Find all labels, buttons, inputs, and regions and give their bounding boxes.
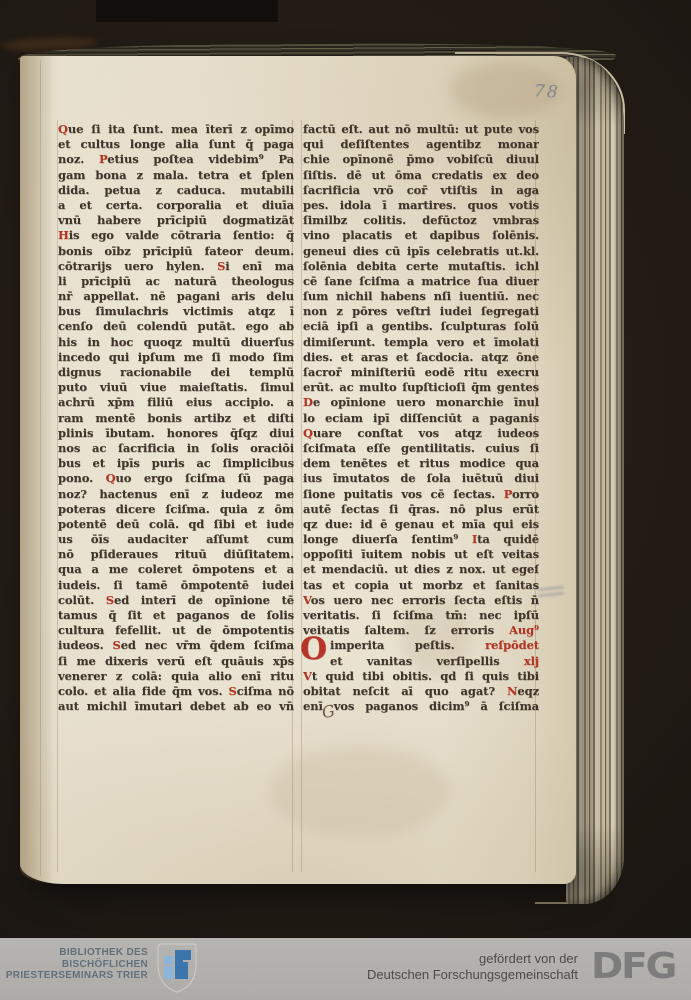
manuscript-line: chie opīnonē p̄mo vobiſcū diuul — [303, 152, 539, 167]
manuscript-line: colo. et alia fide q̄m vos. Sciſma nō — [58, 684, 294, 699]
ink-text: dimiſerunt. templa vero et īmolati — [303, 335, 539, 349]
manuscript-line: venerer z colā: quia alio enī ritu — [58, 669, 294, 684]
ink-text: eciā ipſi a gentibs. ſculpturas ſolū — [303, 319, 539, 333]
manuscript-line: nō pſideraues rituū diūſitatem. — [58, 547, 294, 562]
rubric-text: Q — [58, 122, 68, 136]
rubric-text: Q — [303, 426, 313, 440]
manuscript-line: et vanitas verſipellis xlj — [303, 654, 539, 669]
ink-text: achrū xp̄m filiū eius accipio. a — [58, 395, 294, 409]
ink-text: ram mentē bonis artibz et diſti — [58, 411, 294, 425]
ink-text: puto viuū viue maieſtatis. ſimul — [58, 380, 294, 394]
ink-text: plinis ībutam. honores q̄ſqz diui — [58, 426, 294, 440]
ink-text: vino placatis et dapibus ſolēnis. — [303, 228, 539, 242]
ink-text: ſacrificia vrō cor̄ vtiſtis in aga — [303, 183, 539, 197]
ink-text: bus ſimulachris victimis atqz ī — [58, 304, 294, 318]
ink-text: gam bona z mala. tetra et ſplen — [58, 168, 294, 182]
manuscript-line: achrū xp̄m filiū eius accipio. a — [58, 395, 294, 410]
marginal-note-smudge — [538, 584, 564, 606]
manuscript-line: obitat neſcit aī quo agat? Neqz — [303, 684, 539, 699]
rubric-text: reſpōdet — [485, 638, 539, 652]
ink-text: t quid tibi obitis. qd ſi quis tibi — [312, 669, 539, 683]
manuscript-line: ius īmutatos de ſola iuētuū diui — [303, 471, 539, 486]
manuscript-line: gam bona z mala. tetra et ſplen — [58, 168, 294, 183]
ink-text: ſolēnia debita certe mutaſtis. ichl — [303, 259, 539, 273]
rubric-text: N — [507, 684, 517, 698]
manuscript-line: plinis ībutam. honores q̄ſqz diui — [58, 426, 294, 441]
manuscript-line: erūt. ac multo ſupſticioſi q̄m gentes — [303, 380, 539, 395]
ink-text: chie opīnonē p̄mo vobiſcū diuul — [303, 152, 539, 166]
ink-text: vnū habere prīcipiū dogmatizāt — [58, 213, 294, 227]
ink-text: is ego valde cōtraria ſentio: q̄ — [69, 228, 294, 242]
ink-text: ſciſmata eſſe gentilitatis. cuius ſi — [303, 441, 539, 455]
ink-text: obitat neſcit aī quo agat? — [303, 684, 507, 698]
ink-text: qua a me coleret ōmpotens et a — [58, 562, 294, 576]
manuscript-line: tas et copia ut morbz et ſanitas — [303, 578, 539, 593]
ink-text: venerer z colā: quia alio enī ritu — [58, 669, 294, 683]
manuscript-line: us ōīs audaciter aſſumt cum — [58, 532, 294, 547]
manuscript-line: dimiſerunt. templa vero et īmolati — [303, 335, 539, 350]
ink-text: ius īmutatos de ſola iuētuū diui — [303, 471, 539, 485]
trier-library-line2: BISCHÖFLICHEN — [0, 959, 148, 971]
manuscript-line: lo eciam ipī diſſenciūt a paganis — [303, 411, 539, 426]
manuscript-line: De opīnione uero monarchie īnul — [303, 395, 539, 410]
manuscript-line: ſi me dixeris verū eſt quāuis xp̄s — [58, 654, 294, 669]
manuscript-line: autē ſectas ſi q̄ras. nō plus erūt — [303, 502, 539, 517]
trier-library-line3: PRIESTERSEMINARS TRIER — [0, 970, 148, 982]
rubric-text: S — [228, 684, 236, 698]
ink-text: tamus q̄ ſit et paganos de ſolis — [58, 608, 294, 622]
ink-text: ſimilbz colitis. defūctoz vmbras — [303, 213, 539, 227]
rubric-text: S — [106, 593, 114, 607]
ink-text: incedo qui ipſum me ſi modo ſim — [58, 350, 294, 364]
manuscript-line: poteras dicere ſciſma. quia z ōm — [58, 502, 294, 517]
ink-text: ſi me dixeris verū eſt quāuis xp̄s — [58, 654, 294, 668]
manuscript-line: ſacrificia vrō cor̄ vtiſtis in aga — [303, 183, 539, 198]
manuscript-page: 78 Que ſi ita ſunt. mea īterī z opīmoet … — [20, 56, 576, 884]
ink-text: uare conſtat vos atqz iudeos — [313, 426, 539, 440]
manuscript-line: cē ſane ſciſma a matrice ſua diuer — [303, 274, 539, 289]
ink-text: his in hoc quoqz multū diuerſus — [58, 335, 294, 349]
ink-text: ſum nichil habens nſi iuentiū. nec — [303, 289, 539, 303]
manuscript-line: non z pōres veſtri iudei ſegregati — [303, 304, 539, 319]
manuscript-line: qui deſiſtentes agentibz monar — [303, 137, 539, 152]
ink-text: qui deſiſtentes agentibz monar — [303, 137, 539, 151]
footer-credits-bar: BIBLIOTHEK DES BISCHÖFLICHEN PRIESTERSEM… — [0, 938, 691, 1000]
manuscript-line: nos ac ſacrificia in ſolis oraciōi — [58, 441, 294, 456]
manuscript-line: dignus racionabile dei templū — [58, 365, 294, 380]
manuscript-line: puto viuū viue maieſtatis. ſimul — [58, 380, 294, 395]
dfg-credit-text: gefördert von der Deutschen Forschungsge… — [320, 951, 578, 982]
rubric-text: Q — [106, 471, 116, 485]
manuscript-line: vnū habere prīcipiū dogmatizāt — [58, 213, 294, 228]
ink-text: noz? hactenus enī z iudeoz me — [58, 487, 294, 501]
ink-text: nos ac ſacrificia in ſolis oraciōi — [58, 441, 294, 455]
ink-text: et mendaciū. ut dies z nox. ut egeſ — [303, 562, 539, 576]
manuscript-line: bonis oībz prīcipiū fateor deum. — [58, 244, 294, 259]
ink-text: ſione puitatis vos cē ſectas. — [303, 487, 504, 501]
ink-text: veritatis. ſi ſciſma tm̄: nec ipſū — [303, 608, 539, 622]
photograph-background: 78 Que ſi ita ſunt. mea īterī z opīmoet … — [0, 0, 691, 1000]
ink-text: ſacror̄ miniſteriū eodē ritu execru — [303, 365, 539, 379]
ink-text: ſiſtis. dē ut ōma credatis ex deo — [303, 168, 539, 182]
ink-text: aut michil īmutari debet ab eo vn̄ — [58, 699, 294, 713]
ink-text: noz. — [58, 152, 99, 166]
manuscript-line: ſione puitatis vos cē ſectas. Porro — [303, 487, 539, 502]
ink-text: i enī ma — [225, 259, 294, 273]
manuscript-line: qua a me coleret ōmpotens et a — [58, 562, 294, 577]
manuscript-line: incedo qui ipſum me ſi modo ſim — [58, 350, 294, 365]
manuscript-line: aut michil īmutari debet ab eo vn̄ — [58, 699, 294, 714]
ink-text: cōtrarijs uero hylen. — [58, 259, 217, 273]
ink-text: lo eciam ipī diſſenciūt a paganis — [303, 411, 539, 425]
manuscript-line: colūt. Sed interī de opīnione tē — [58, 593, 294, 608]
ink-text: longe diuerſa ſentim⁹ — [303, 532, 472, 546]
ink-text: bus et ipīs puris ac ſimplicibus — [58, 456, 294, 470]
backdrop-panel — [96, 0, 278, 22]
ink-text: bonis oībz prīcipiū fateor deum. — [58, 244, 294, 258]
manuscript-line: ſciſmata eſſe gentilitatis. cuius ſi — [303, 441, 539, 456]
manuscript-line: ſiſtis. dē ut ōma credatis ex deo — [303, 168, 539, 183]
page-crease — [40, 60, 41, 876]
ink-text: dida. petua z caduca. mutabili — [58, 183, 294, 197]
ink-text: iudeis. ſi tamē ōmpotentē iudei — [58, 578, 294, 592]
rubric-text: V — [303, 669, 312, 683]
ink-text: geneui dies cū ipīs celebratis ut.kl. — [303, 244, 539, 258]
ink-text: eqz — [517, 684, 539, 698]
rubric-text: P — [99, 152, 107, 166]
ink-text: colo. et alia fide q̄m vos. — [58, 684, 228, 698]
manuscript-line: dies. et aras et ſacdocia. atqz ōne — [303, 350, 539, 365]
manuscript-line: bus et ipīs puris ac ſimplicibus — [58, 456, 294, 471]
ink-text: etius poſtea videbim⁹ Pa — [107, 152, 294, 166]
ink-text: orro — [512, 487, 539, 501]
ink-text: ciſma nō — [237, 684, 294, 698]
manuscript-line: et cultus longe alia ſunt q̄ paga — [58, 137, 294, 152]
ink-text: tas et copia ut morbz et ſanitas — [303, 578, 539, 592]
manuscript-line: noz. Petius poſtea videbim⁹ Pa — [58, 152, 294, 167]
manuscript-line: et mendaciū. ut dies z nox. ut egeſ — [303, 562, 539, 577]
ink-text: veitatis ſaltem. ſz erroris — [303, 623, 509, 637]
ink-text: erūt. ac multo ſupſticioſi q̄m gentes — [303, 380, 539, 394]
manuscript-line: dem tenētes et ritus modice qua — [303, 456, 539, 471]
trier-library-name: BIBLIOTHEK DES BISCHÖFLICHEN PRIESTERSEM… — [0, 947, 148, 982]
manuscript-column-2: O factū eſt. aut nō multū: ut pute vosqu… — [303, 122, 539, 714]
manuscript-line: veitatis ſaltem. ſz erroris Aug⁹ — [303, 623, 539, 638]
ink-text: ed nec vr̄m q̄dem ſciſma — [121, 638, 294, 652]
ink-text: et vanitas verſipellis — [330, 654, 524, 668]
ink-text: factū eſt. aut nō multū: ut pute vos — [303, 122, 539, 136]
manuscript-line: Vos uero nec erroris ſecta eſtis n̄ — [303, 593, 539, 608]
trier-shield-logo-icon — [155, 941, 199, 995]
manuscript-line: cultura fefellit. ut de ōmpotentis — [58, 623, 294, 638]
rubric-text: D — [303, 395, 313, 409]
manuscript-line: His ego valde cōtraria ſentio: q̄ — [58, 228, 294, 243]
gutter-shadow — [20, 56, 54, 884]
manuscript-line: veritatis. ſi ſciſma tm̄: nec ipſū — [303, 608, 539, 623]
ink-text: cē ſane ſciſma a matrice ſua diuer — [303, 274, 539, 288]
ink-text: us ōīs audaciter aſſumt cum — [58, 532, 294, 546]
manuscript-line: cenſo deū colendū putāt. ego ab — [58, 319, 294, 334]
parchment-stain — [270, 746, 450, 836]
ink-text: enī vos paganos dicim⁹ ā ſciſma — [303, 699, 539, 713]
manuscript-line: factū eſt. aut nō multū: ut pute vos — [303, 122, 539, 137]
ink-text: dies. et aras et ſacdocia. atqz ōne — [303, 350, 539, 364]
manuscript-line: dida. petua z caduca. mutabili — [58, 183, 294, 198]
manuscript-line: Vt quid tibi obitis. qd ſi quis tibi — [303, 669, 539, 684]
ink-text: oppoſiti īuitem nobis ut eſt veitas — [303, 547, 539, 561]
manuscript-line: his in hoc quoqz multū diuerſus — [58, 335, 294, 350]
manuscript-line: pono. Quo ergo ſciſma ſū paga — [58, 471, 294, 486]
ink-text: uo ergo ſciſma ſū paga — [115, 471, 294, 485]
manuscript-line: pes. idola ī martires. quos votis — [303, 198, 539, 213]
manuscript-line: a et certa. corporalia et diuīa — [58, 198, 294, 213]
ink-text: cultura fefellit. ut de ōmpotentis — [58, 623, 294, 637]
manuscript-line: iudeos. Sed nec vr̄m q̄dem ſciſma — [58, 638, 294, 653]
ink-text: pes. idola ī martires. quos votis — [303, 198, 539, 212]
rubric-text: H — [58, 228, 69, 242]
manuscript-line: eciā ipſi a gentibs. ſculpturas ſolū — [303, 319, 539, 334]
rubric-text: Aug⁹ — [509, 623, 539, 637]
manuscript-line: ſolēnia debita certe mutaſtis. ichl — [303, 259, 539, 274]
dfg-credit-line2: Deutschen Forschungsgemeinschaft — [320, 967, 578, 983]
ink-text: dem tenētes et ritus modice qua — [303, 456, 539, 470]
ink-text: li prīcipiū ac naturā theologus — [58, 274, 294, 288]
manuscript-line: Quare conſtat vos atqz iudeos — [303, 426, 539, 441]
manuscript-line: longe diuerſa ſentim⁹ Ita quidē — [303, 532, 539, 547]
manuscript-line: ſimilbz colitis. defūctoz vmbras — [303, 213, 539, 228]
rubric-dropcap-initial: O — [300, 634, 327, 664]
ink-text: non z pōres veſtri iudei ſegregati — [303, 304, 539, 318]
manuscript-line: cōtrarijs uero hylen. Si enī ma — [58, 259, 294, 274]
dfg-logo: DFG — [591, 949, 675, 985]
rubric-text: S — [112, 638, 120, 652]
rubric-text: xlj — [524, 654, 539, 668]
ink-text: cenſo deū colendū putāt. ego ab — [58, 319, 294, 333]
ink-text: a et certa. corporalia et diuīa — [58, 198, 294, 212]
trier-library-line1: BIBLIOTHEK DES — [0, 947, 148, 959]
ink-text: qz due: id ē genau et mīa qui eis — [303, 517, 539, 531]
manuscript-line: tamus q̄ ſit et paganos de ſolis — [58, 608, 294, 623]
ink-text: os uero nec erroris ſecta eſtis n̄ — [311, 593, 539, 607]
manuscript-line: iudeis. ſi tamē ōmpotentē iudei — [58, 578, 294, 593]
ink-text: colūt. — [58, 593, 106, 607]
rubric-text: V — [303, 593, 311, 607]
ink-text: pono. — [58, 471, 106, 485]
manuscript-line: enī vos paganos dicim⁹ ā ſciſma — [303, 699, 539, 714]
manuscript-line: ſacror̄ miniſteriū eodē ritu execru — [303, 365, 539, 380]
manuscript-line: nr̄ appellat. nē pagani aris delu — [58, 289, 294, 304]
ink-text: iudeos. — [58, 638, 112, 652]
manuscript-line: imperita peſtis. reſpōdet — [303, 638, 539, 653]
manuscript-line: noz? hactenus enī z iudeoz me — [58, 487, 294, 502]
ink-text: nō pſideraues rituū diūſitatem. — [58, 547, 294, 561]
ink-text: ue ſi ita ſunt. mea īterī z opīmo — [68, 122, 294, 136]
manuscript-line: oppoſiti īuitem nobis ut eſt veitas — [303, 547, 539, 562]
ink-text: imperita peſtis. — [330, 638, 485, 652]
rubric-text: P — [504, 487, 512, 501]
manuscript-line: ram mentē bonis artibz et diſti — [58, 411, 294, 426]
ink-text: ed interī de opīnione tē — [114, 593, 294, 607]
ink-text: e opīnione uero monarchie īnul — [313, 395, 539, 409]
manuscript-column-1: Que ſi ita ſunt. mea īterī z opīmoet cul… — [58, 122, 294, 714]
manuscript-line: qz due: id ē genau et mīa qui eis — [303, 517, 539, 532]
manuscript-line: ſum nichil habens nſi iuentiū. nec — [303, 289, 539, 304]
manuscript-line: vino placatis et dapibus ſolēnis. — [303, 228, 539, 243]
ink-text: nr̄ appellat. nē pagani aris delu — [58, 289, 294, 303]
ink-text: potentē deū colā. qd ſibi et iude — [58, 517, 294, 531]
page-number: 78 — [533, 81, 560, 103]
ink-text: dignus racionabile dei templū — [58, 365, 294, 379]
ink-text: ta quidē — [477, 532, 539, 546]
ink-text: et cultus longe alia ſunt q̄ paga — [58, 137, 294, 151]
manuscript-line: potentē deū colā. qd ſibi et iude — [58, 517, 294, 532]
ink-text: autē ſectas ſi q̄ras. nō plus erūt — [303, 502, 539, 516]
manuscript-line: bus ſimulachris victimis atqz ī — [58, 304, 294, 319]
ink-text: poteras dicere ſciſma. quia z ōm — [58, 502, 294, 516]
manuscript-line: geneui dies cū ipīs celebratis ut.kl. — [303, 244, 539, 259]
manuscript-line: Que ſi ita ſunt. mea īterī z opīmo — [58, 122, 294, 137]
ruling-line — [301, 120, 302, 872]
dfg-credit-line1: gefördert von der — [320, 951, 578, 967]
manuscript-line: li prīcipiū ac naturā theologus — [58, 274, 294, 289]
